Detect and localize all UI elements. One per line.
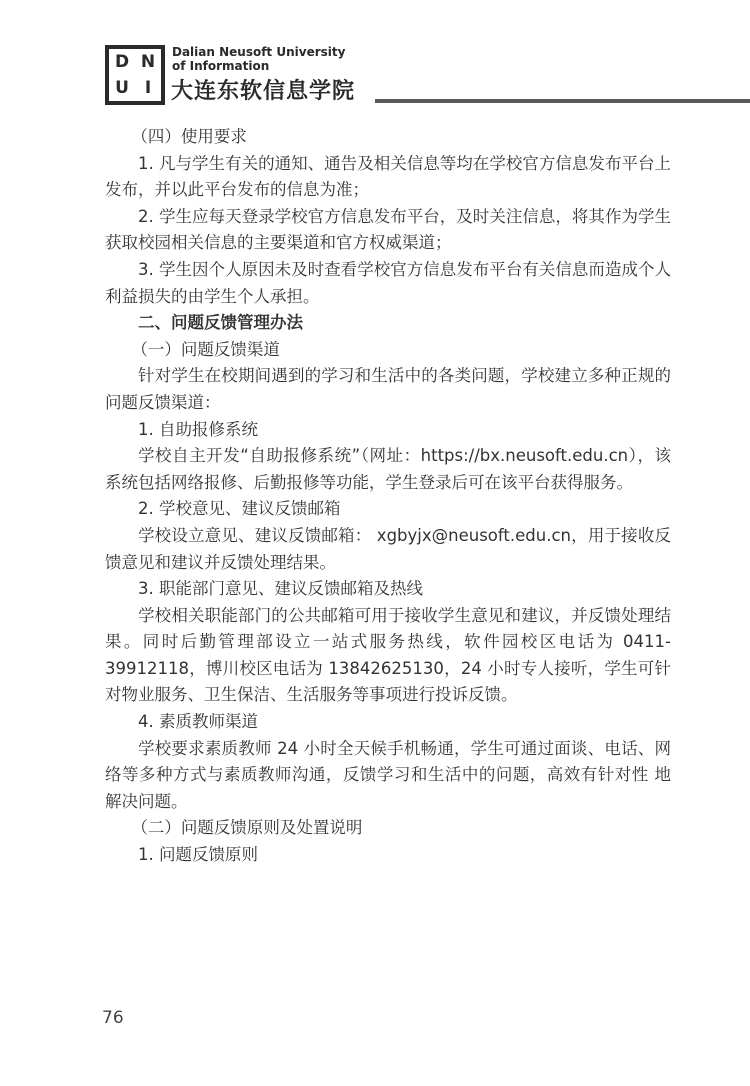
logo-letter-d: D	[115, 54, 129, 71]
header-divider	[375, 99, 750, 103]
paragraph: 学校自主开发“自助报修系统”（网址：https://bx.neusoft.edu…	[105, 443, 671, 496]
university-name-chinese: 大连东软信息学院	[171, 79, 355, 105]
university-name-en-line1: Dalian Neusoft University	[172, 45, 345, 59]
paragraph: 学校要求素质教师 24 小时全天候手机畅通，学生可通过面谈、电话、网络等多种方式…	[105, 736, 671, 816]
item-heading: 2. 学校意见、建议反馈邮箱	[105, 496, 671, 523]
section-heading: （四）使用要求	[105, 124, 671, 151]
item-heading: 3. 职能部门意见、建议反馈邮箱及热线	[105, 576, 671, 603]
paragraph: 1. 凡与学生有关的通知、通告及相关信息等均在学校官方信息发布平台上发布，并以此…	[105, 151, 671, 204]
item-heading: 4. 素质教师渠道	[105, 709, 671, 736]
paragraph: 学校设立意见、建议反馈邮箱： xgbyjx@neusoft.edu.cn，用于接…	[105, 523, 671, 576]
item-heading: 1. 自助报修系统	[105, 417, 671, 444]
paragraph: 3. 学生因个人原因未及时查看学校官方信息发布平台有关信息而造成个人利益损失的由…	[105, 257, 671, 310]
paragraph: 学校相关职能部门的公共邮箱可用于接收学生意见和建议，并反馈处理结果。同时后勤管理…	[105, 603, 671, 709]
item-heading: 1. 问题反馈原则	[105, 842, 671, 869]
section-heading: （二）问题反馈原则及处置说明	[105, 815, 671, 842]
section-heading: （一）问题反馈渠道	[105, 337, 671, 364]
paragraph: 针对学生在校期间遇到的学习和生活中的各类问题，学校建立多种正规的问题反馈渠道：	[105, 363, 671, 416]
university-name-en-line2: of Information	[172, 59, 345, 73]
logo-letter-i: I	[145, 80, 151, 97]
university-name-english: Dalian Neusoft University of Information	[172, 45, 345, 73]
page-header: D N U I Dalian Neusoft University of Inf…	[0, 0, 750, 115]
page-number: 76	[102, 1008, 124, 1028]
logo-letter-u: U	[115, 80, 129, 97]
document-body: （四）使用要求 1. 凡与学生有关的通知、通告及相关信息等均在学校官方信息发布平…	[105, 124, 671, 869]
logo-letter-n: N	[141, 54, 155, 71]
chapter-heading: 二、问题反馈管理办法	[105, 310, 671, 337]
university-logo: D N U I	[105, 45, 165, 105]
paragraph: 2. 学生应每天登录学校官方信息发布平台，及时关注信息，将其作为学生获取校园相关…	[105, 204, 671, 257]
